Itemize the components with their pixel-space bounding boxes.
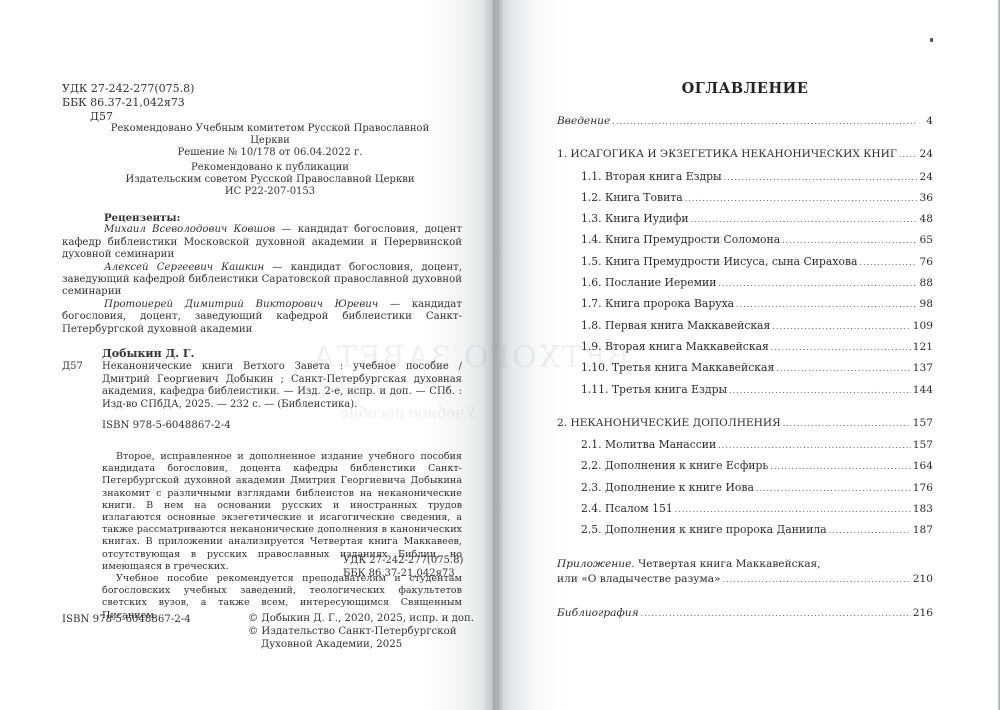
toc-label: 1.9. Вторая книга Маккавейская bbox=[581, 340, 769, 353]
toc-page-number: 164 bbox=[913, 460, 933, 472]
bbk-code: ББК 86.37-21,042я73 bbox=[62, 96, 194, 110]
reviewer-name: Алексей Сергеевич Кашкин bbox=[104, 262, 264, 273]
bibliographic-record: Добыкин Д. Г. Д57 Неканонические книги В… bbox=[62, 348, 462, 411]
toc-page-number: 210 bbox=[913, 573, 933, 585]
isbn: ISBN 978-5-6048867-2-4 bbox=[102, 420, 231, 433]
toc-entry[interactable]: 2.3. Дополнение к книге Иова176 bbox=[557, 481, 933, 502]
toc-label: 1.3. Книга Иудифи bbox=[581, 212, 689, 225]
record-code: Д57 bbox=[62, 361, 102, 411]
toc-label: 1.2. Книга Товита bbox=[581, 191, 683, 204]
toc-section: 1. ИСАГОГИКА И ЭКЗЕГЕТИКА НЕКАНОНИЧЕСКИХ… bbox=[557, 148, 933, 404]
toc-page-number: 4 bbox=[919, 115, 933, 127]
toc-entry[interactable]: 1.3. Книга Иудифи48 bbox=[557, 212, 933, 233]
book-spread: ВЕТХОГО ЗАВЕТА Учебное пособие УДК 27-24… bbox=[0, 0, 1000, 710]
toc-entry[interactable]: 1.8. Первая книга Маккавейская109 bbox=[557, 319, 933, 340]
leader-dots bbox=[782, 236, 917, 245]
bbk-code: ББК 86.37-21,042я73 bbox=[343, 567, 463, 580]
toc-page-number: 65 bbox=[919, 234, 933, 246]
copyright-author: © Добыкин Д. Г., 2020, 2025, испр. и доп… bbox=[248, 613, 474, 626]
record-author: Добыкин Д. Г. bbox=[62, 348, 462, 360]
leader-dots bbox=[691, 215, 917, 224]
toc-page-number: 187 bbox=[913, 524, 933, 536]
toc-label: 1. ИСАГОГИКА И ЭКЗЕГЕТИКА НЕКАНОНИЧЕСКИХ… bbox=[557, 148, 897, 160]
recommendation-line: Рекомендовано к публикации bbox=[100, 162, 440, 174]
toc-entry[interactable]: 1.9. Вторая книга Маккавейская121 bbox=[557, 340, 933, 361]
toc-title: ОГЛАВЛЕНИЕ bbox=[557, 80, 933, 97]
isbn-bottom: ISBN 978-5-6048867-2-4 bbox=[62, 614, 191, 627]
leader-dots bbox=[729, 386, 911, 395]
author-mark: Д57 bbox=[62, 110, 194, 124]
toc-section-heading[interactable]: 2. НЕКАНОНИЧЕСКИЕ ДОПОЛНЕНИЯ157 bbox=[557, 417, 933, 438]
leader-dots bbox=[783, 419, 911, 428]
toc-entry[interactable]: 1.11. Третья книга Ездры144 bbox=[557, 383, 933, 404]
recommendation-publishing-council: Рекомендовано к публикации Издательским … bbox=[100, 162, 440, 198]
toc-page-number: 183 bbox=[913, 503, 933, 515]
toc-label: Введение bbox=[557, 115, 610, 127]
leader-dots bbox=[675, 505, 911, 514]
toc-label: 2.1. Молитва Манассии bbox=[581, 438, 716, 451]
appendix-line-2: или «О владычестве разума» 210 bbox=[557, 573, 933, 594]
toc-entry[interactable]: 1.10. Третья книга Маккавейская137 bbox=[557, 361, 933, 382]
book-gutter bbox=[482, 0, 504, 710]
toc-entry[interactable]: 2.2. Дополнения к книге Есфирь164 bbox=[557, 459, 933, 480]
appendix-title: Четвертая книга Маккавейская, bbox=[635, 558, 821, 570]
leader-dots bbox=[776, 364, 910, 373]
toc-page-number: 176 bbox=[913, 482, 933, 494]
reviewer-entry: Протоиерей Димитрий Викторович Юревич — … bbox=[62, 299, 462, 336]
toc-page-number: 76 bbox=[919, 256, 933, 268]
toc-page-number: 144 bbox=[913, 384, 933, 396]
record-description: Неканонические книги Ветхого Завета : уч… bbox=[102, 361, 462, 411]
decision-line: Решение № 10/178 от 06.04.2022 г. bbox=[100, 147, 440, 159]
toc-entry[interactable]: 1.7. Книга пророка Варуха98 bbox=[557, 297, 933, 318]
reviewer-entry: Алексей Сергеевич Кашкин — кандидат бого… bbox=[62, 262, 462, 299]
leader-dots bbox=[756, 484, 911, 493]
copyright-publisher-cont: Духовной Академии, 2025 bbox=[248, 639, 474, 652]
toc-page-number: 88 bbox=[919, 277, 933, 289]
leader-dots bbox=[641, 609, 911, 618]
toc-page-number: 24 bbox=[919, 148, 933, 160]
toc-page-number: 48 bbox=[919, 213, 933, 225]
toc-page-number: 36 bbox=[919, 192, 933, 204]
appendix-prefix: Приложение. bbox=[557, 558, 635, 570]
toc-entry-introduction[interactable]: Введение 4 bbox=[557, 115, 933, 136]
toc-label: 1.8. Первая книга Маккавейская bbox=[581, 319, 770, 332]
toc-label: 1.1. Вторая книга Ездры bbox=[581, 170, 722, 183]
table-of-contents: ОГЛАВЛЕНИЕ Введение 4 1. ИСАГОГИКА И ЭКЗ… bbox=[557, 80, 933, 628]
toc-entry[interactable]: 2.1. Молитва Манассии157 bbox=[557, 438, 933, 459]
council-line: Издательским советом Русской Православно… bbox=[100, 174, 440, 186]
toc-page-number: 109 bbox=[913, 320, 933, 332]
classification-block-bottom: УДК 27-242-277(075.8) ББК 86.37-21,042я7… bbox=[343, 554, 463, 580]
council-code: ИС Р22-207-0153 bbox=[100, 186, 440, 198]
toc-page-number: 157 bbox=[913, 417, 933, 429]
copyright-block: © Добыкин Д. Г., 2020, 2025, испр. и доп… bbox=[248, 613, 474, 651]
appendix-subtitle: или «О владычестве разума» bbox=[557, 573, 721, 585]
toc-label: 2.3. Дополнение к книге Иова bbox=[581, 481, 754, 494]
toc-page-number: 157 bbox=[913, 439, 933, 451]
toc-label: Приложение. Четвертая книга Маккавейская… bbox=[557, 558, 821, 570]
toc-label: 2.5. Дополнения к книге пророка Даниила bbox=[581, 523, 827, 536]
toc-label: 2. НЕКАНОНИЧЕСКИЕ ДОПОЛНЕНИЯ bbox=[557, 417, 781, 429]
toc-label: 1.7. Книга пророка Варуха bbox=[581, 297, 734, 310]
leader-dots bbox=[723, 575, 911, 584]
toc-entry[interactable]: 1.1. Вторая книга Ездры24 bbox=[557, 170, 933, 191]
reviewer-entry: Михаил Всеволодович Ковшов — кандидат бо… bbox=[62, 224, 462, 261]
toc-label: Библиография bbox=[557, 607, 639, 619]
reviewer-name: Михаил Всеволодович Ковшов bbox=[104, 224, 275, 235]
toc-page-number: 121 bbox=[913, 341, 933, 353]
leader-dots bbox=[771, 343, 911, 352]
toc-entry-bibliography[interactable]: Библиография 216 bbox=[557, 607, 933, 628]
toc-label: 2.2. Дополнения к книге Есфирь bbox=[581, 459, 768, 472]
toc-entry[interactable]: 1.2. Книга Товита36 bbox=[557, 191, 933, 212]
udk-code: УДК 27-242-277(075.8) bbox=[62, 82, 194, 96]
reviewers-title: Рецензенты: bbox=[62, 212, 462, 224]
leader-dots bbox=[772, 322, 910, 331]
toc-page-number: 137 bbox=[913, 362, 933, 374]
reviewer-name: Протоиерей Димитрий Викторович Юревич bbox=[104, 299, 378, 310]
toc-label: 1.11. Третья книга Ездры bbox=[581, 383, 727, 396]
toc-page-number: 98 bbox=[919, 298, 933, 310]
leader-dots bbox=[859, 258, 917, 267]
toc-label: 1.5. Книга Премудрости Иисуса, сына Сира… bbox=[581, 255, 857, 268]
leader-dots bbox=[718, 279, 917, 288]
toc-section-heading[interactable]: 1. ИСАГОГИКА И ЭКЗЕГЕТИКА НЕКАНОНИЧЕСКИХ… bbox=[557, 148, 933, 169]
toc-entry[interactable]: 1.4. Книга Премудрости Соломона65 bbox=[557, 233, 933, 254]
leader-dots bbox=[685, 194, 917, 203]
toc-entry[interactable]: 2.5. Дополнения к книге пророка Даниила1… bbox=[557, 523, 933, 544]
annotation: Второе, исправленное и дополненное издан… bbox=[102, 451, 462, 622]
toc-label: 2.4. Псалом 151 bbox=[581, 502, 673, 515]
leader-dots bbox=[724, 173, 917, 182]
toc-page-number: 24 bbox=[919, 171, 933, 183]
reviewers-block: Рецензенты: Михаил Всеволодович Ковшов —… bbox=[62, 212, 462, 336]
toc-page-number: 216 bbox=[913, 607, 933, 619]
leader-dots bbox=[899, 150, 917, 159]
recommendation-committee: Рекомендовано Учебным комитетом Русской … bbox=[100, 123, 440, 159]
copyright-publisher: © Издательство Санкт-Петербургской bbox=[248, 626, 474, 639]
toc-entry[interactable]: 1.5. Книга Премудрости Иисуса, сына Сира… bbox=[557, 255, 933, 276]
toc-label: 1.6. Послание Иеремии bbox=[581, 276, 716, 289]
udk-code: УДК 27-242-277(075.8) bbox=[343, 554, 463, 567]
classification-block: УДК 27-242-277(075.8) ББК 86.37-21,042я7… bbox=[62, 82, 194, 124]
appendix-line-1: Приложение. Четвертая книга Маккавейская… bbox=[557, 558, 933, 573]
leader-dots bbox=[829, 526, 911, 535]
toc-section: 2. НЕКАНОНИЧЕСКИЕ ДОПОЛНЕНИЯ1572.1. Моли… bbox=[557, 417, 933, 545]
leader-dots bbox=[612, 117, 917, 126]
leader-dots bbox=[718, 441, 911, 450]
scan-speck bbox=[930, 38, 933, 42]
leader-dots bbox=[770, 462, 911, 471]
recommendation-line: Рекомендовано Учебным комитетом Русской … bbox=[100, 123, 440, 147]
toc-entry[interactable]: 2.4. Псалом 151183 bbox=[557, 502, 933, 523]
toc-label: 1.4. Книга Премудрости Соломона bbox=[581, 233, 780, 246]
leader-dots bbox=[736, 300, 917, 309]
toc-entry-appendix[interactable]: Приложение. Четвертая книга Маккавейская… bbox=[557, 558, 933, 594]
toc-label: 1.10. Третья книга Маккавейская bbox=[581, 361, 774, 374]
toc-entry[interactable]: 1.6. Послание Иеремии88 bbox=[557, 276, 933, 297]
